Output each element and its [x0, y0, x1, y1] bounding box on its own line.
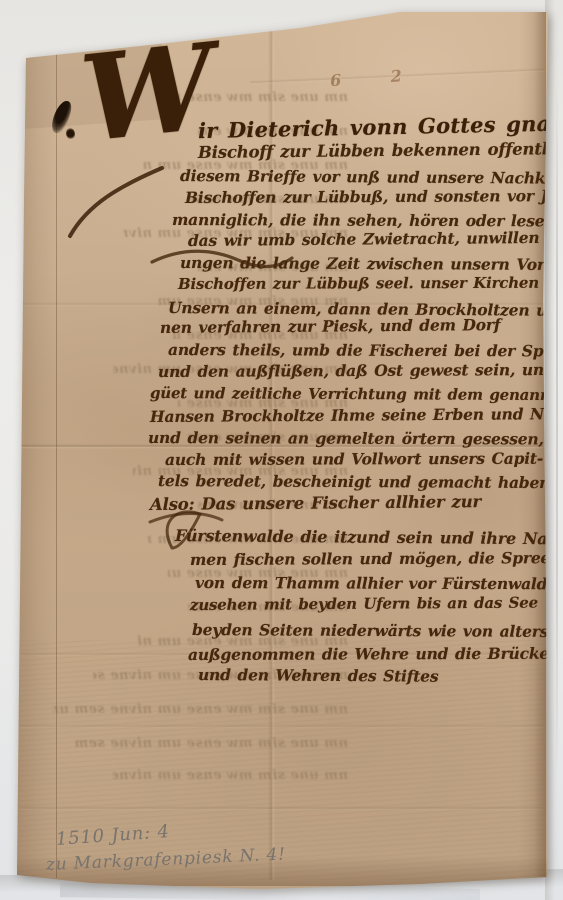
manuscript-line: Bischoffen zur Lübbuß, und sonsten vor J…: [185, 186, 563, 207]
manuscript-line: ungen die lange Zeit zwischen unsern Vor…: [180, 253, 563, 274]
archival-digits: 6 2: [329, 65, 424, 90]
manuscript-line: und den außflüßen, daß Ost gewest sein, …: [158, 360, 555, 381]
manuscript-line: Also: Das unsere Fischer allhier zur: [150, 492, 481, 514]
manuscript-line: und den seinen an gemelten örtern gesess…: [148, 428, 544, 448]
manuscript-line: Fürstenwalde die itzund sein und ihre Na…: [175, 526, 563, 549]
manuscript-line: zusehen mit beyden Ufern bis an das See: [190, 594, 538, 614]
manuscript-line: auch mit wissen und Vollwort unsers Capi…: [165, 449, 543, 469]
manuscript-line: außgenommen die Wehre und die Brücke: [188, 644, 549, 664]
manuscript-line: Bischoffen zur Lübbuß seel. unser Kirche…: [178, 273, 563, 293]
manuscript-line: beyden Seiten niederwärts wie von alters: [192, 620, 548, 641]
manuscript-text-block: 6 2 W ir Dieterich vonn Gottes gnaden Bi…: [0, 0, 563, 900]
manuscript-line: Hansen Brockholtze Ihme seine Erben und …: [150, 404, 563, 426]
manuscript-line: anders theils, umb die Fischerei bei der…: [168, 340, 563, 360]
manuscript-line: Bischoff zur Lübben bekennen offentlich …: [198, 139, 563, 162]
manuscript-sheet-wrap: nm une sim mw ense um nivne sem uml nm u…: [0, 0, 563, 900]
manuscript-line: diesem Brieffe vor unß und unsere Nachko…: [180, 166, 563, 188]
manuscript-line: men fischen sollen und mögen, die Spree: [190, 548, 550, 569]
heading-line: ir Dieterich vonn Gottes gnaden: [198, 110, 563, 143]
manuscript-line: das wir umb solche Zwietracht, unwillen …: [188, 227, 563, 250]
manuscript-line: nen verfahren zur Piesk, und dem Dorf: [160, 315, 500, 337]
scanned-manuscript-page: nm une sim mw ense um nivne sem uml nm u…: [0, 0, 563, 900]
manuscript-sheet: nm une sim mw ense um nivne sem uml nm u…: [0, 0, 563, 900]
manuscript-line: und den Wehren des Stiftes: [198, 665, 439, 686]
manuscript-line: von dem Thamm allhier vor Fürstenwald: [195, 573, 547, 593]
manuscript-line: tels beredet, bescheinigt und gemacht ha…: [158, 471, 556, 492]
manuscript-line: güet und zeitliche Verrichtung mit dem g…: [150, 384, 563, 404]
